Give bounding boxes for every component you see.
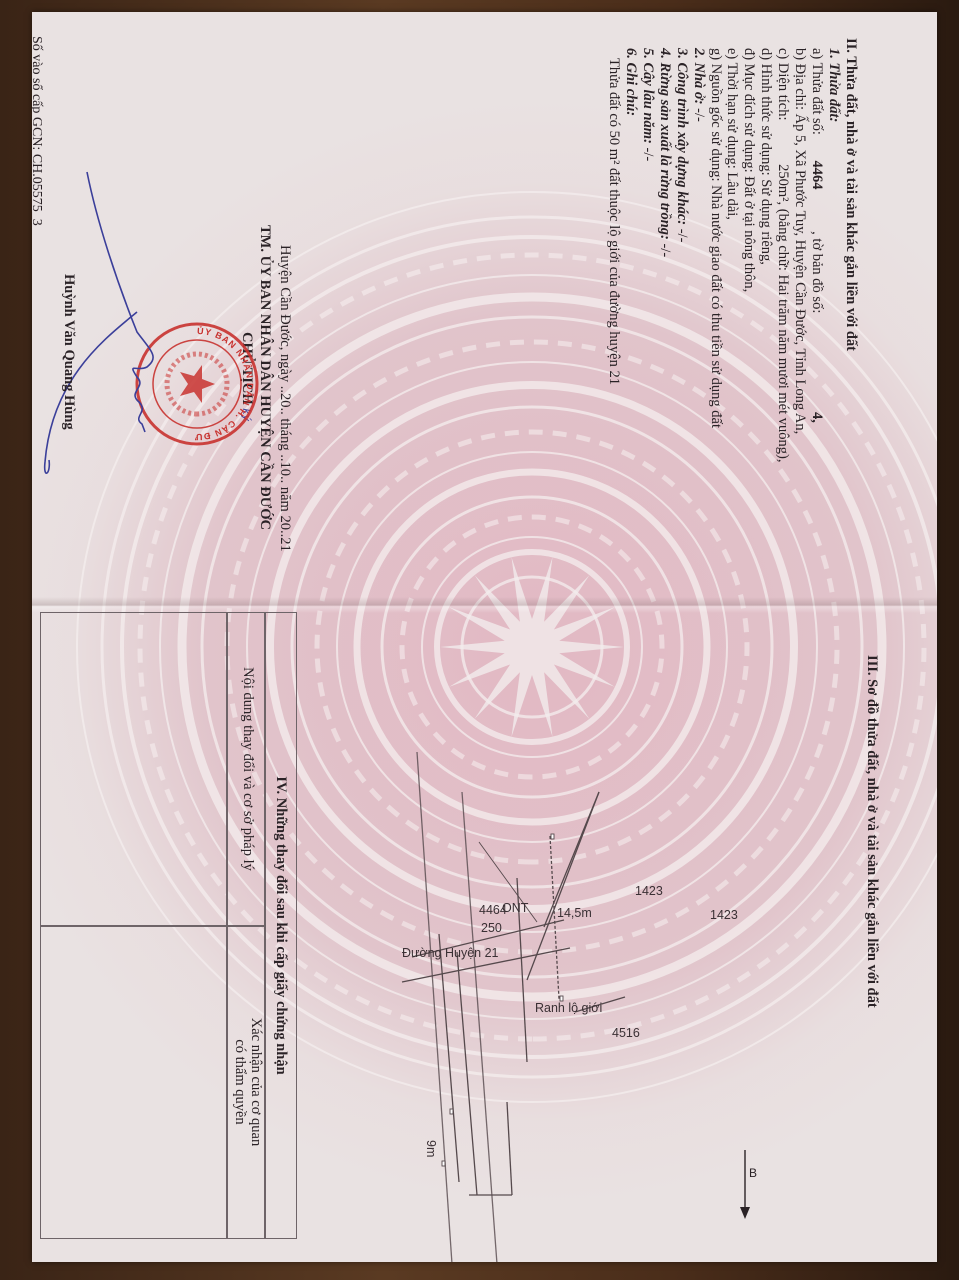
parcel-diagram: 14,5m 9m Đường Huyện 21 Ranh lộ giới ONT…	[297, 612, 857, 1262]
plantation-forest-value: -/-	[657, 243, 673, 257]
parcel-label: a) Thửa đất số:	[809, 48, 825, 135]
house-value: -/-	[691, 108, 707, 122]
plantation-forest-label: 4. Rừng sản xuất là rừng trồng:	[657, 48, 673, 240]
address-row: b) Địa chỉ: Ấp 5, Xã Phước Tuy, Huyện Cầ…	[791, 48, 808, 434]
parcel-area-label: 250	[481, 921, 502, 935]
map-sheet-number: 4,	[809, 412, 825, 423]
boundary-label: Ranh lộ giới	[535, 1001, 602, 1015]
house-label: 2. Nhà ở:	[691, 48, 707, 105]
neighbor-1423-label: 1423	[635, 884, 663, 898]
column-authority-confirmation: Xác nhận của cơ quan có thẩm quyền	[232, 926, 264, 1238]
notes-text: Thửa đất có 50 m² đất thuộc lộ giới của …	[605, 58, 622, 385]
change-content-cell	[41, 613, 226, 924]
usage-form-row: d) Hình thức sử dụng: Sử dụng riêng,	[757, 48, 774, 265]
house-row: 2. Nhà ở: -/-	[690, 48, 707, 122]
parcel-label: 4464	[479, 903, 507, 917]
authority-confirmation-cell	[41, 927, 226, 1238]
svg-text:ỦY BAN NHÂN DÂN H. CẦN ĐƯỚC ·: ỦY BAN NHÂN DÂN H. CẦN ĐƯỚC · LONG AN ·	[194, 162, 277, 442]
notes-heading: 6. Ghi chú:	[622, 48, 639, 116]
dimension-short: 9m	[424, 1140, 438, 1157]
column-authority-line1: Xác nhận của cơ quan	[248, 926, 264, 1238]
column-authority-line2: có thẩm quyền	[232, 926, 248, 1238]
usage-term-row: e) Thời hạn sử dụng: Lâu dài,	[723, 48, 740, 220]
area-row: c) Diện tích: 250m², (bằng chữ: Hai trăm…	[774, 48, 791, 462]
usage-purpose-row: đ) Mục đích sử dụng: Đất ở tại nông thôn…	[740, 48, 757, 292]
signer-name: Huỳnh Văn Quang Hùng	[60, 274, 77, 430]
road-label: Đường Huyện 21	[402, 946, 499, 960]
svg-text:B: B	[749, 1166, 757, 1180]
certificate-sheet: II. Thửa đất, nhà ở và tài sản khác gắn …	[0, 0, 959, 1280]
section4-title: IV. Những thay đổi sau khi cấp giấy chứn…	[272, 613, 289, 1238]
parcel-number: 4464	[809, 161, 825, 190]
usage-origin-row: g) Nguồn gốc sử dụng: Nhà nước giao đất …	[707, 48, 724, 428]
place-date: Huyện Cần Đước, ngày ..20.. tháng ..10..…	[276, 245, 293, 552]
perennial-trees-row: 5. Cây lâu năm: -/-	[639, 48, 656, 161]
official-red-stamp-icon: ỦY BAN NHÂN DÂN H. CẦN ĐƯỚC · LONG AN ·	[137, 162, 277, 444]
other-construction-row: 3. Công trình xây dựng khác: -/-	[673, 48, 690, 242]
area-value: 250m², (bằng chữ: Hai trăm năm mươi mét …	[775, 164, 791, 462]
neighbor-1423-far-label: 1423	[710, 908, 738, 922]
area-label: c) Diện tích:	[775, 48, 791, 120]
dimension-long: 14,5m	[557, 906, 592, 920]
map-sheet-label: , tờ bản đồ số:	[809, 231, 825, 313]
neighbor-4516-label: 4516	[612, 1026, 640, 1040]
perennial-trees-label: 5. Cây lâu năm:	[640, 48, 656, 144]
certificate-paper: II. Thửa đất, nhà ở và tài sản khác gắn …	[32, 12, 937, 1262]
registry-number: Số vào sổ cấp GCN: CH.05575_3	[32, 36, 45, 226]
north-arrow-icon: B	[740, 1150, 757, 1219]
section3-title: III. Sơ đồ thửa đất, nhà ở và tài sản kh…	[863, 655, 880, 1008]
section2-title: II. Thửa đất, nhà ở và tài sản khác gắn …	[842, 38, 859, 351]
other-construction-label: 3. Công trình xây dựng khác:	[674, 48, 690, 225]
perennial-trees-value: -/-	[640, 148, 656, 162]
column-change-content: Nội dung thay đổi và cơ sở pháp lý	[239, 613, 256, 925]
parcel-number-row: a) Thửa đất số: 4464 , tờ bản đồ số: 4,	[808, 48, 825, 423]
changes-table: IV. Những thay đổi sau khi cấp giấy chứn…	[40, 612, 297, 1239]
other-construction-value: -/-	[674, 229, 690, 243]
plantation-forest-row: 4. Rừng sản xuất là rừng trồng: -/-	[656, 48, 673, 257]
item1-heading: 1. Thửa đất:	[825, 48, 842, 122]
page-fold	[32, 597, 937, 613]
